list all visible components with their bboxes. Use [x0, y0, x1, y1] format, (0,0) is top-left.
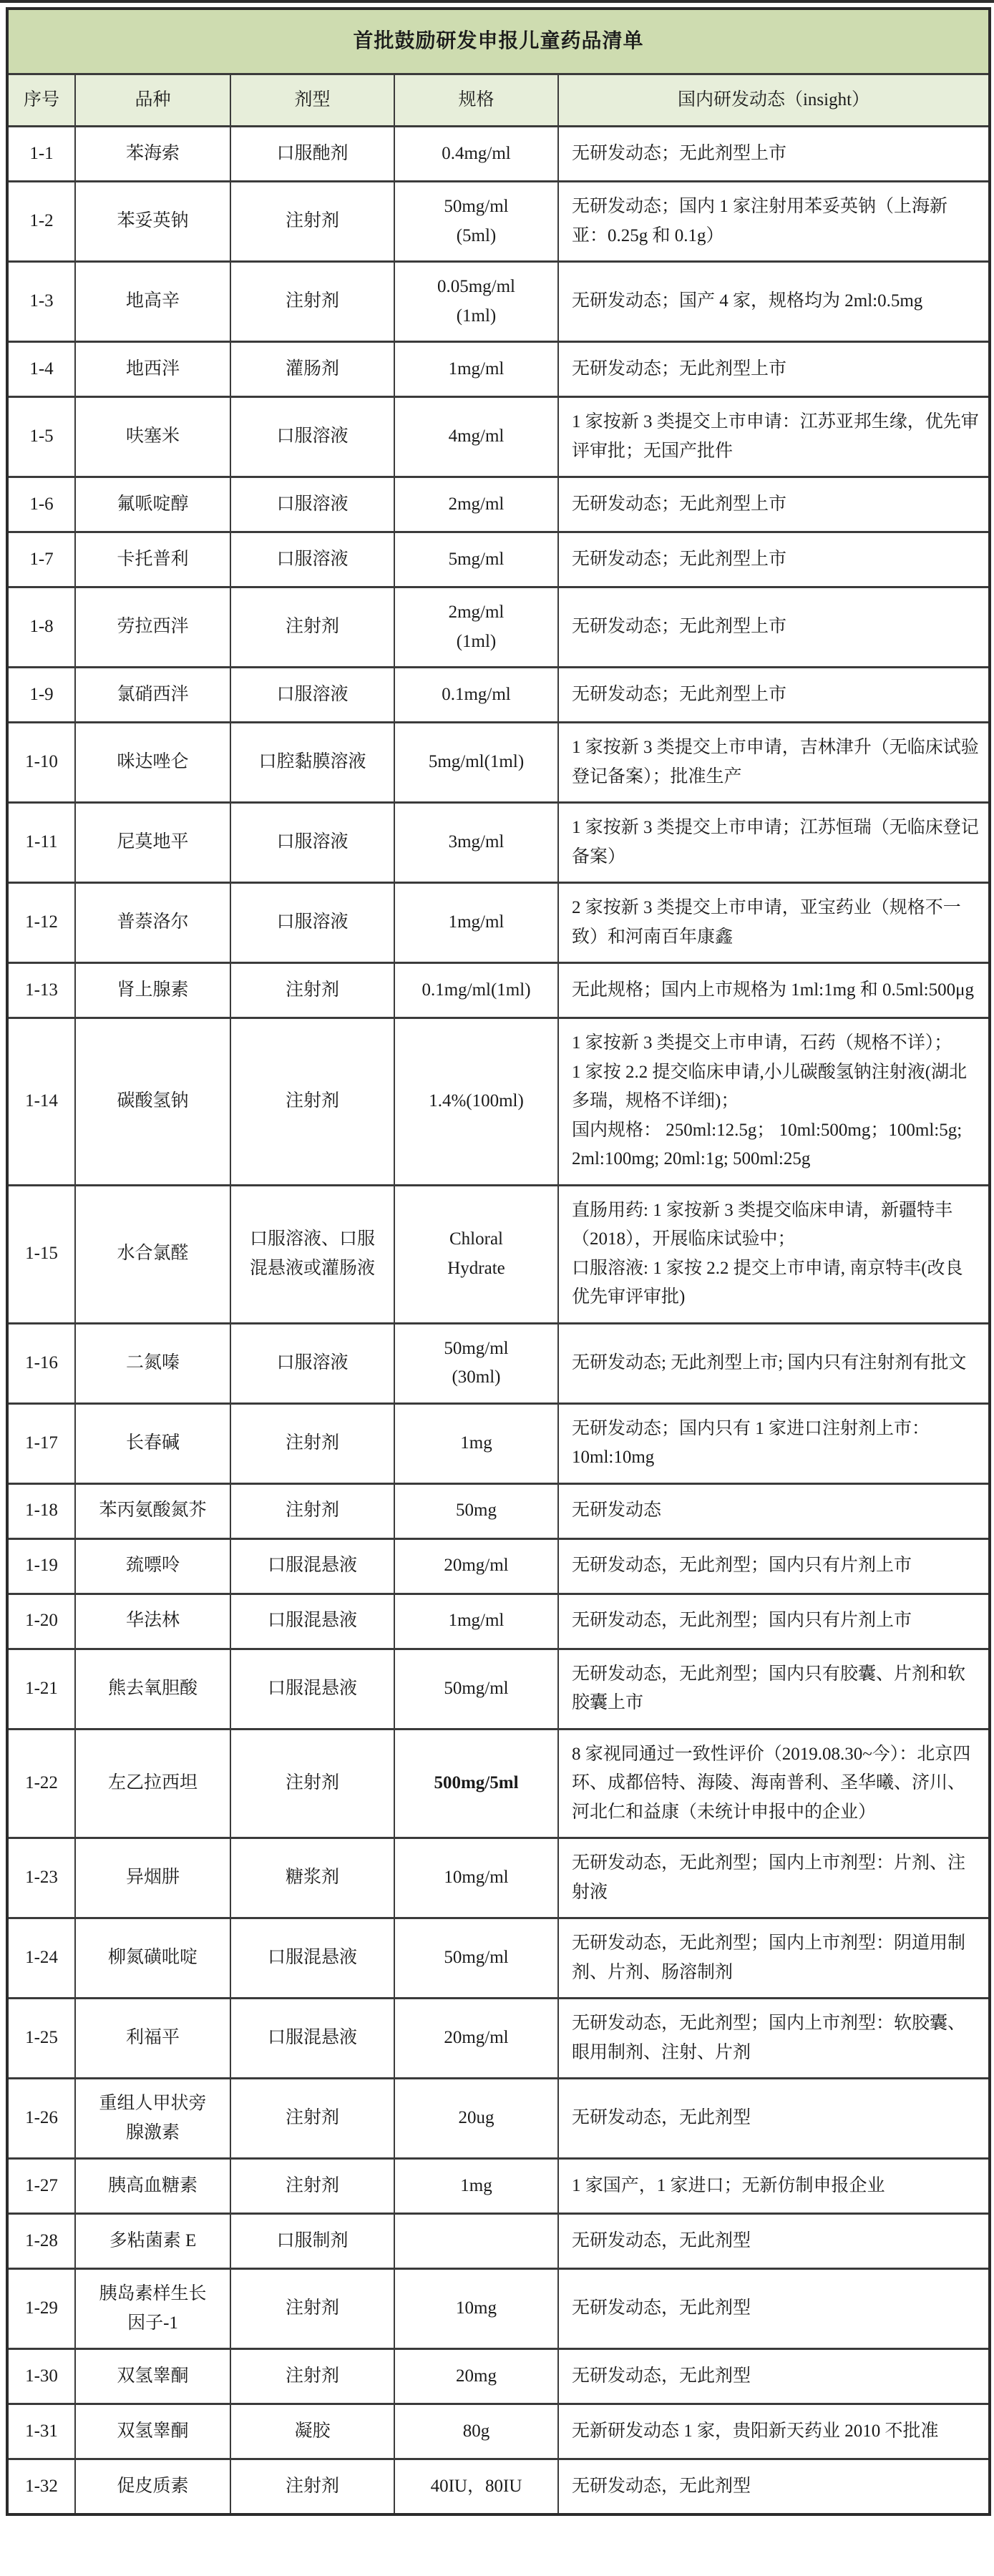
insight-cell: 直肠用药: 1 家按新 3 类提交临床申请，新疆特丰（2018），开展临床试验中…: [558, 1185, 990, 1323]
spec-cell: [394, 2214, 558, 2269]
table-row: 1-29胰岛素样生长 因子-1注射剂10mg无研发动态，无此剂型: [7, 2269, 990, 2349]
table-row: 1-3地高辛注射剂0.05mg/ml (1ml)无研发动态；国产 4 家，规格均…: [7, 262, 990, 342]
index-cell: 1-26: [7, 2079, 75, 2159]
index-cell: 1-2: [7, 182, 75, 262]
dosage-form-cell: 注射剂: [230, 2159, 394, 2214]
index-cell: 1-13: [7, 963, 75, 1018]
index-cell: 1-21: [7, 1649, 75, 1729]
insight-cell: 1 家国产，1 家进口；无新仿制申报企业: [558, 2159, 990, 2214]
drug-name-cell: 苯海索: [75, 127, 230, 182]
dosage-form-cell: 注射剂: [230, 963, 394, 1018]
drug-name-cell: 普萘洛尔: [75, 883, 230, 963]
spec-cell: 0.1mg/ml: [394, 668, 558, 723]
table-row: 1-28多粘菌素 E口服制剂无研发动态，无此剂型: [7, 2214, 990, 2269]
title-row: 首批鼓励研发申报儿童药品清单: [7, 9, 990, 74]
table-row: 1-25利福平口服混悬液20mg/ml无研发动态，无此剂型；国内上市剂型：软胶囊…: [7, 1999, 990, 2079]
drug-name-cell: 呋塞米: [75, 397, 230, 477]
index-cell: 1-5: [7, 397, 75, 477]
index-cell: 1-3: [7, 262, 75, 342]
drug-name-cell: 地西泮: [75, 342, 230, 397]
dosage-form-cell: 口服溶液: [230, 803, 394, 883]
drug-name-cell: 卡托普利: [75, 532, 230, 587]
drug-name-cell: 苯妥英钠: [75, 182, 230, 262]
dosage-form-cell: 口服制剂: [230, 2214, 394, 2269]
dosage-form-cell: 注射剂: [230, 2079, 394, 2159]
header-variety: 品种: [75, 74, 230, 127]
drug-name-cell: 地高辛: [75, 262, 230, 342]
drug-name-cell: 咪达唑仑: [75, 723, 230, 803]
table-row: 1-20华法林口服混悬液1mg/ml无研发动态，无此剂型；国内只有片剂上市: [7, 1594, 990, 1649]
table-row: 1-16二氮嗪口服溶液50mg/ml (30ml)无研发动态; 无此剂型上市; …: [7, 1323, 990, 1403]
spec-cell: 20mg/ml: [394, 1999, 558, 2079]
table-row: 1-7卡托普利口服溶液5mg/ml无研发动态；无此剂型上市: [7, 532, 990, 587]
insight-cell: 1 家按新 3 类提交上市申请，石药（规格不详）； 1 家按 2.2 提交临床申…: [558, 1018, 990, 1186]
table-row: 1-22左乙拉西坦注射剂500mg/5ml8 家视同通过一致性评价（2019.0…: [7, 1729, 990, 1838]
index-cell: 1-14: [7, 1018, 75, 1186]
table-row: 1-14碳酸氢钠注射剂1.4%(100ml)1 家按新 3 类提交上市申请，石药…: [7, 1018, 990, 1186]
table-row: 1-18苯丙氨酸氮芥注射剂50mg无研发动态: [7, 1483, 990, 1538]
insight-cell: 无研发动态；无此剂型上市: [558, 127, 990, 182]
spec-cell: 50mg/ml (5ml): [394, 182, 558, 262]
document-page: 首批鼓励研发申报儿童药品清单 序号 品种 剂型 规格 国内研发动态（insigh…: [0, 0, 994, 2516]
insight-cell: 无研发动态，无此剂型: [558, 2459, 990, 2515]
index-cell: 1-18: [7, 1483, 75, 1538]
dosage-form-cell: 注射剂: [230, 587, 394, 668]
drug-name-cell: 巯嘌呤: [75, 1538, 230, 1594]
table-row: 1-6氟哌啶醇口服溶液2mg/ml无研发动态；无此剂型上市: [7, 477, 990, 532]
spec-cell: 1mg/ml: [394, 1594, 558, 1649]
index-cell: 1-10: [7, 723, 75, 803]
index-cell: 1-12: [7, 883, 75, 963]
drug-name-cell: 氟哌啶醇: [75, 477, 230, 532]
table-row: 1-31双氢睾酮凝胶80g无新研发动态 1 家，贵阳新天药业 2010 不批准: [7, 2404, 990, 2459]
insight-cell: 无研发动态；无此剂型上市: [558, 477, 990, 532]
table-row: 1-8劳拉西泮注射剂2mg/ml (1ml)无研发动态；无此剂型上市: [7, 587, 990, 668]
table-row: 1-9氯硝西泮口服溶液0.1mg/ml无研发动态；无此剂型上市: [7, 668, 990, 723]
header-spec: 规格: [394, 74, 558, 127]
dosage-form-cell: 注射剂: [230, 1483, 394, 1538]
insight-cell: 无研发动态，无此剂型；国内上市剂型：软胶囊、眼用制剂、注射、片剂: [558, 1999, 990, 2079]
drug-name-cell: 促皮质素: [75, 2459, 230, 2515]
index-cell: 1-24: [7, 1918, 75, 1999]
drug-name-cell: 多粘菌素 E: [75, 2214, 230, 2269]
table-row: 1-26重组人甲状旁 腺激素注射剂20ug无研发动态，无此剂型: [7, 2079, 990, 2159]
insight-cell: 无研发动态; 无此剂型上市; 国内只有注射剂有批文: [558, 1323, 990, 1403]
pediatric-drug-list-table: 首批鼓励研发申报儿童药品清单 序号 品种 剂型 规格 国内研发动态（insigh…: [6, 7, 991, 2516]
drug-name-cell: 苯丙氨酸氮芥: [75, 1483, 230, 1538]
index-cell: 1-1: [7, 127, 75, 182]
dosage-form-cell: 注射剂: [230, 2269, 394, 2349]
dosage-form-cell: 口服溶液: [230, 532, 394, 587]
drug-name-cell: 柳氮磺吡啶: [75, 1918, 230, 1999]
table-row: 1-19巯嘌呤口服混悬液20mg/ml无研发动态，无此剂型；国内只有片剂上市: [7, 1538, 990, 1594]
table-row: 1-4地西泮灌肠剂1mg/ml无研发动态；无此剂型上市: [7, 342, 990, 397]
dosage-form-cell: 口服酏剂: [230, 127, 394, 182]
drug-name-cell: 华法林: [75, 1594, 230, 1649]
dosage-form-cell: 注射剂: [230, 182, 394, 262]
dosage-form-cell: 注射剂: [230, 2349, 394, 2404]
dosage-form-cell: 注射剂: [230, 1018, 394, 1186]
index-cell: 1-16: [7, 1323, 75, 1403]
table-row: 1-2苯妥英钠注射剂50mg/ml (5ml)无研发动态；国内 1 家注射用苯妥…: [7, 182, 990, 262]
drug-name-cell: 熊去氧胆酸: [75, 1649, 230, 1729]
insight-cell: 无研发动态，无此剂型: [558, 2349, 990, 2404]
insight-cell: 1 家按新 3 类提交上市申请，吉林津升（无临床试验登记备案）；批准生产: [558, 723, 990, 803]
index-cell: 1-23: [7, 1838, 75, 1918]
dosage-form-cell: 口腔黏膜溶液: [230, 723, 394, 803]
table-row: 1-32促皮质素注射剂40IU，80IU无研发动态，无此剂型: [7, 2459, 990, 2515]
index-cell: 1-9: [7, 668, 75, 723]
index-cell: 1-31: [7, 2404, 75, 2459]
drug-name-cell: 胰岛素样生长 因子-1: [75, 2269, 230, 2349]
insight-cell: 无此规格；国内上市规格为 1ml:1mg 和 0.5ml:500μg: [558, 963, 990, 1018]
table-head: 首批鼓励研发申报儿童药品清单 序号 品种 剂型 规格 国内研发动态（insigh…: [7, 9, 990, 127]
drug-name-cell: 氯硝西泮: [75, 668, 230, 723]
spec-cell: 20mg/ml: [394, 1538, 558, 1594]
insight-cell: 无研发动态；国内 1 家注射用苯妥英钠（上海新亚：0.25g 和 0.1g）: [558, 182, 990, 262]
index-cell: 1-8: [7, 587, 75, 668]
table-row: 1-5呋塞米口服溶液4mg/ml1 家按新 3 类提交上市申请：江苏亚邦生缘，优…: [7, 397, 990, 477]
insight-cell: 无研发动态；无此剂型上市: [558, 587, 990, 668]
index-cell: 1-25: [7, 1999, 75, 2079]
drug-name-cell: 双氢睾酮: [75, 2349, 230, 2404]
spec-cell: 10mg: [394, 2269, 558, 2349]
spec-cell: 4mg/ml: [394, 397, 558, 477]
spec-cell: 20ug: [394, 2079, 558, 2159]
table-row: 1-30双氢睾酮注射剂20mg无研发动态，无此剂型: [7, 2349, 990, 2404]
dosage-form-cell: 口服混悬液: [230, 1594, 394, 1649]
spec-cell: 40IU，80IU: [394, 2459, 558, 2515]
table-body: 1-1苯海索口服酏剂0.4mg/ml无研发动态；无此剂型上市1-2苯妥英钠注射剂…: [7, 127, 990, 2515]
table-row: 1-21熊去氧胆酸口服混悬液50mg/ml无研发动态，无此剂型；国内只有胶囊、片…: [7, 1649, 990, 1729]
insight-cell: 无研发动态，无此剂型；国内只有片剂上市: [558, 1594, 990, 1649]
spec-cell: 0.4mg/ml: [394, 127, 558, 182]
insight-cell: 无研发动态，无此剂型；国内上市剂型：阴道用制剂、片剂、肠溶制剂: [558, 1918, 990, 1999]
table-row: 1-12普萘洛尔口服溶液1mg/ml2 家按新 3 类提交上市申请，亚宝药业（规…: [7, 883, 990, 963]
index-cell: 1-11: [7, 803, 75, 883]
insight-cell: 无研发动态；无此剂型上市: [558, 342, 990, 397]
index-cell: 1-15: [7, 1185, 75, 1323]
table-row: 1-13肾上腺素注射剂0.1mg/ml(1ml)无此规格；国内上市规格为 1ml…: [7, 963, 990, 1018]
dosage-form-cell: 口服溶液: [230, 883, 394, 963]
index-cell: 1-22: [7, 1729, 75, 1838]
table-row: 1-23异烟肼糖浆剂10mg/ml无研发动态，无此剂型；国内上市剂型：片剂、注射…: [7, 1838, 990, 1918]
dosage-form-cell: 注射剂: [230, 262, 394, 342]
spec-cell: 20mg: [394, 2349, 558, 2404]
insight-cell: 无研发动态；国内只有 1 家进口注射剂上市：10ml:10mg: [558, 1403, 990, 1483]
insight-cell: 无新研发动态 1 家，贵阳新天药业 2010 不批准: [558, 2404, 990, 2459]
spec-cell: 1.4%(100ml): [394, 1018, 558, 1186]
insight-cell: 无研发动态；无此剂型上市: [558, 668, 990, 723]
spec-cell: 80g: [394, 2404, 558, 2459]
drug-name-cell: 长春碱: [75, 1403, 230, 1483]
drug-name-cell: 劳拉西泮: [75, 587, 230, 668]
dosage-form-cell: 灌肠剂: [230, 342, 394, 397]
spec-cell: 0.1mg/ml(1ml): [394, 963, 558, 1018]
index-cell: 1-29: [7, 2269, 75, 2349]
dosage-form-cell: 口服混悬液: [230, 1999, 394, 2079]
drug-name-cell: 利福平: [75, 1999, 230, 2079]
insight-cell: 2 家按新 3 类提交上市申请，亚宝药业（规格不一致）和河南百年康鑫: [558, 883, 990, 963]
column-header-row: 序号 品种 剂型 规格 国内研发动态（insight）: [7, 74, 990, 127]
header-dosage-form: 剂型: [230, 74, 394, 127]
top-crop-line: [0, 0, 994, 3]
dosage-form-cell: 口服混悬液: [230, 1538, 394, 1594]
drug-name-cell: 胰高血糖素: [75, 2159, 230, 2214]
index-cell: 1-30: [7, 2349, 75, 2404]
spec-cell: 0.05mg/ml (1ml): [394, 262, 558, 342]
spec-cell: 1mg/ml: [394, 883, 558, 963]
header-index: 序号: [7, 74, 75, 127]
spec-cell: 50mg: [394, 1483, 558, 1538]
index-cell: 1-6: [7, 477, 75, 532]
spec-cell: 50mg/ml: [394, 1649, 558, 1729]
index-cell: 1-7: [7, 532, 75, 587]
insight-cell: 无研发动态，无此剂型；国内只有胶囊、片剂和软胶囊上市: [558, 1649, 990, 1729]
dosage-form-cell: 口服混悬液: [230, 1649, 394, 1729]
spec-cell: 5mg/ml: [394, 532, 558, 587]
spec-cell: 500mg/5ml: [394, 1729, 558, 1838]
dosage-form-cell: 口服溶液: [230, 397, 394, 477]
spec-cell: 1mg: [394, 1403, 558, 1483]
spec-cell: 1mg/ml: [394, 342, 558, 397]
index-cell: 1-20: [7, 1594, 75, 1649]
drug-name-cell: 水合氯醛: [75, 1185, 230, 1323]
index-cell: 1-19: [7, 1538, 75, 1594]
insight-cell: 无研发动态；无此剂型上市: [558, 532, 990, 587]
table-row: 1-11尼莫地平口服溶液3mg/ml1 家按新 3 类提交上市申请；江苏恒瑞（无…: [7, 803, 990, 883]
dosage-form-cell: 口服混悬液: [230, 1918, 394, 1999]
dosage-form-cell: 口服溶液: [230, 668, 394, 723]
drug-name-cell: 异烟肼: [75, 1838, 230, 1918]
spec-cell: 2mg/ml (1ml): [394, 587, 558, 668]
index-cell: 1-27: [7, 2159, 75, 2214]
insight-cell: 1 家按新 3 类提交上市申请：江苏亚邦生缘，优先审评审批；无国产批件: [558, 397, 990, 477]
table-row: 1-10咪达唑仑口腔黏膜溶液5mg/ml(1ml)1 家按新 3 类提交上市申请…: [7, 723, 990, 803]
spec-cell: Chloral Hydrate: [394, 1185, 558, 1323]
insight-cell: 无研发动态；国产 4 家，规格均为 2ml:0.5mg: [558, 262, 990, 342]
spec-cell: 1mg: [394, 2159, 558, 2214]
table-row: 1-1苯海索口服酏剂0.4mg/ml无研发动态；无此剂型上市: [7, 127, 990, 182]
insight-cell: 无研发动态，无此剂型: [558, 2269, 990, 2349]
table-row: 1-17长春碱注射剂1mg无研发动态；国内只有 1 家进口注射剂上市：10ml:…: [7, 1403, 990, 1483]
spec-cell: 50mg/ml: [394, 1918, 558, 1999]
drug-name-cell: 重组人甲状旁 腺激素: [75, 2079, 230, 2159]
table-title: 首批鼓励研发申报儿童药品清单: [7, 9, 990, 74]
table-row: 1-27胰高血糖素注射剂1mg1 家国产，1 家进口；无新仿制申报企业: [7, 2159, 990, 2214]
dosage-form-cell: 糖浆剂: [230, 1838, 394, 1918]
drug-name-cell: 碳酸氢钠: [75, 1018, 230, 1186]
dosage-form-cell: 口服溶液: [230, 1323, 394, 1403]
dosage-form-cell: 口服溶液、口服 混悬液或灌肠液: [230, 1185, 394, 1323]
dosage-form-cell: 凝胶: [230, 2404, 394, 2459]
table-row: 1-24柳氮磺吡啶口服混悬液50mg/ml无研发动态，无此剂型；国内上市剂型：阴…: [7, 1918, 990, 1999]
spec-cell: 2mg/ml: [394, 477, 558, 532]
table-row: 1-15水合氯醛口服溶液、口服 混悬液或灌肠液Chloral Hydrate直肠…: [7, 1185, 990, 1323]
spec-cell: 5mg/ml(1ml): [394, 723, 558, 803]
insight-cell: 无研发动态，无此剂型；国内上市剂型：片剂、注射液: [558, 1838, 990, 1918]
drug-name-cell: 双氢睾酮: [75, 2404, 230, 2459]
dosage-form-cell: 注射剂: [230, 1403, 394, 1483]
drug-name-cell: 肾上腺素: [75, 963, 230, 1018]
index-cell: 1-17: [7, 1403, 75, 1483]
index-cell: 1-32: [7, 2459, 75, 2515]
insight-cell: 无研发动态: [558, 1483, 990, 1538]
insight-cell: 1 家按新 3 类提交上市申请；江苏恒瑞（无临床登记备案）: [558, 803, 990, 883]
insight-cell: 无研发动态，无此剂型: [558, 2079, 990, 2159]
index-cell: 1-4: [7, 342, 75, 397]
spec-cell: 3mg/ml: [394, 803, 558, 883]
spec-cell: 50mg/ml (30ml): [394, 1323, 558, 1403]
spec-cell: 10mg/ml: [394, 1838, 558, 1918]
drug-name-cell: 尼莫地平: [75, 803, 230, 883]
header-insight: 国内研发动态（insight）: [558, 74, 990, 127]
insight-cell: 无研发动态，无此剂型；国内只有片剂上市: [558, 1538, 990, 1594]
dosage-form-cell: 口服溶液: [230, 477, 394, 532]
dosage-form-cell: 注射剂: [230, 1729, 394, 1838]
drug-name-cell: 二氮嗪: [75, 1323, 230, 1403]
drug-name-cell: 左乙拉西坦: [75, 1729, 230, 1838]
dosage-form-cell: 注射剂: [230, 2459, 394, 2515]
index-cell: 1-28: [7, 2214, 75, 2269]
insight-cell: 8 家视同通过一致性评价（2019.08.30~今）：北京四环、成都倍特、海陵、…: [558, 1729, 990, 1838]
insight-cell: 无研发动态，无此剂型: [558, 2214, 990, 2269]
